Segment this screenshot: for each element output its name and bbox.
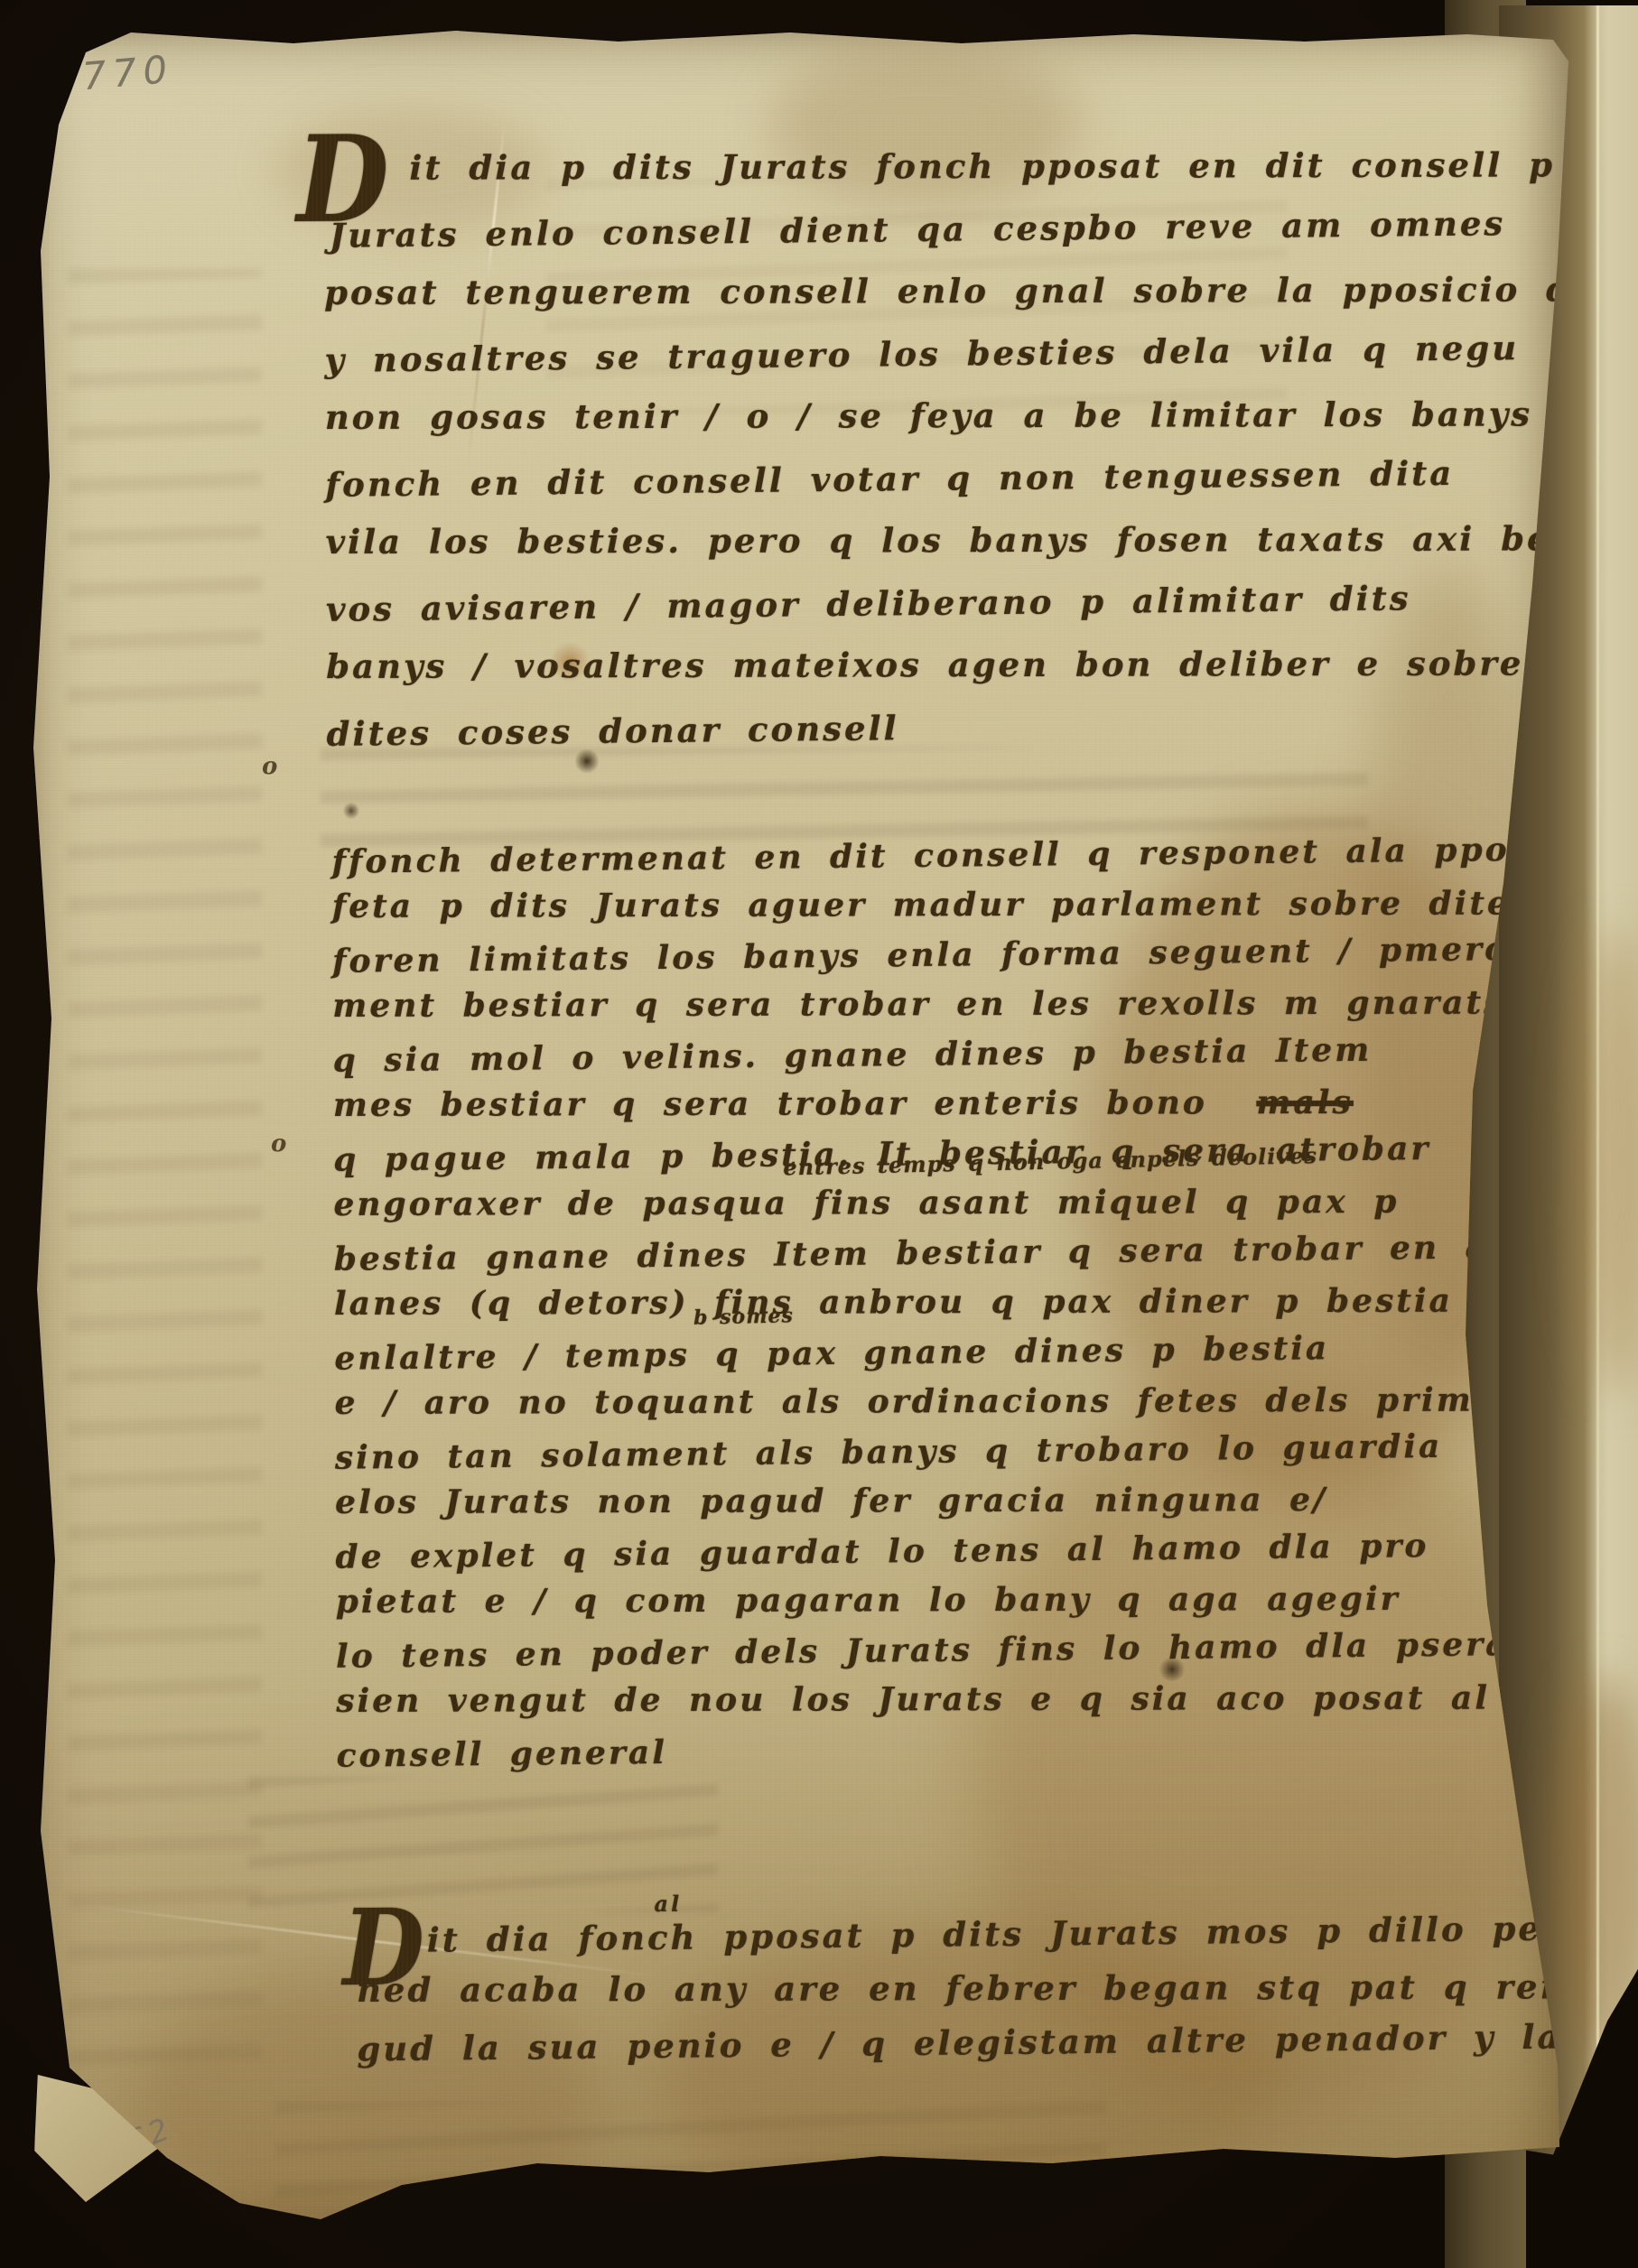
manuscript-line: engoraxer de pasqua fins asant miquel q … [333, 1176, 1638, 1230]
manuscript-line: ment bestiar q sera trobar en les rexoll… [332, 978, 1638, 1031]
photograph-background: 770 762 o o D it dia p dits Jurats fonch… [0, 0, 1638, 2268]
line-text: mes bestiar q sera trobar enteris bono [333, 1083, 1233, 1124]
manuscript-page: 770 762 o o D it dia p dits Jurats fonch… [23, 25, 1578, 2248]
struck-word: mals [1256, 1083, 1353, 1121]
bleed-through-smudge [275, 2102, 1106, 2219]
manuscript-line: it dia fonch pposat p dits Jurats mos p … [356, 1901, 1638, 1968]
manuscript-line: ned acaba lo any are en febrer began stq… [357, 1959, 1638, 2017]
paragraph-2: ffonch determenat en dit consell q respo… [331, 827, 1638, 1778]
manuscript-line: Jurats enlo consell dient qa cespbo reve… [323, 191, 1638, 267]
manuscript-line: feta p dits Jurats aguer madur parlament… [332, 878, 1638, 932]
paper-stain [1580, 926, 1638, 1396]
manuscript-line: de explet q sia guardat lo tens al hamo … [335, 1519, 1638, 1583]
paper-stain [1553, 1676, 1638, 2064]
facing-page-crease [1596, 5, 1599, 2163]
manuscript-line: q pague mala p bestia. It bestiar q sera… [333, 1121, 1638, 1185]
ink-blot [343, 802, 359, 820]
bleed-through-smudge [248, 1777, 718, 1912]
manuscript-line: it dia p dits Jurats fonch pposat en dit… [323, 134, 1638, 200]
margin-mark: o [271, 1130, 286, 1157]
manuscript-line: e / aro no toquant als ordinacions fetes… [335, 1375, 1638, 1428]
paragraph-1: D it dia p dits Jurats fonch pposat en d… [323, 132, 1638, 762]
manuscript-line: banys / vosaltres mateixos agen bon deli… [326, 632, 1638, 698]
manuscript-line: ffonch determenat en dit consell q respo… [331, 823, 1638, 888]
manuscript-line: lo tens en poder dels Jurats fins lo ham… [336, 1618, 1638, 1682]
manuscript-line: non gosas tenir / o / se feya a be limit… [325, 383, 1638, 449]
manuscript-line: sino tan solament als banys q trobaro lo… [335, 1419, 1638, 1483]
manuscript-line: vila los besties. pero q los banys fosen… [325, 507, 1638, 573]
manuscript-line: gud la sua penio e / q elegistam altre p… [357, 2009, 1638, 2077]
manuscript-line: enlaltre / temps q pax gnane dines p bes… [334, 1320, 1638, 1384]
paragraph-3: D al it dia fonch pposat p dits Jurats m… [357, 1903, 1638, 2072]
folio-number: 770 [80, 47, 175, 99]
manuscript-line: bestia gnane dines Item bestiar q sera t… [333, 1221, 1638, 1285]
manuscript-line: dites coses donar consell [326, 689, 1638, 766]
manuscript-line: mes bestiar q sera trobar enteris bono m… [333, 1077, 1638, 1130]
manuscript-line: q sia mol o velins. gnane dines p bestia… [332, 1022, 1638, 1086]
manuscript-line: sien vengut de nou los Jurats e q sia ac… [336, 1673, 1638, 1726]
manuscript-line: y nosaltres se traguero los besties dela… [324, 315, 1638, 392]
manuscript-line: fonch en dit consell votar q non tengues… [325, 440, 1638, 516]
margin-mark: o [262, 753, 277, 780]
manuscript-line: lanes (q detors) fins anbrou q pax diner… [334, 1276, 1638, 1329]
manuscript-line: pietat e / q com pagaran lo bany q aga a… [336, 1574, 1638, 1627]
manuscript-line: foren limitats los banys enla forma segu… [332, 923, 1638, 987]
bleed-through-smudge [68, 269, 262, 2066]
manuscript-line: posat tenguerem consell enlo gnal sobre … [324, 258, 1638, 324]
manuscript-line: elos Jurats non pagud fer gracia ninguna… [335, 1474, 1638, 1528]
manuscript-line: vos avisaren / magor deliberano p alimit… [326, 564, 1638, 641]
manuscript-line: consell general [336, 1717, 1638, 1781]
